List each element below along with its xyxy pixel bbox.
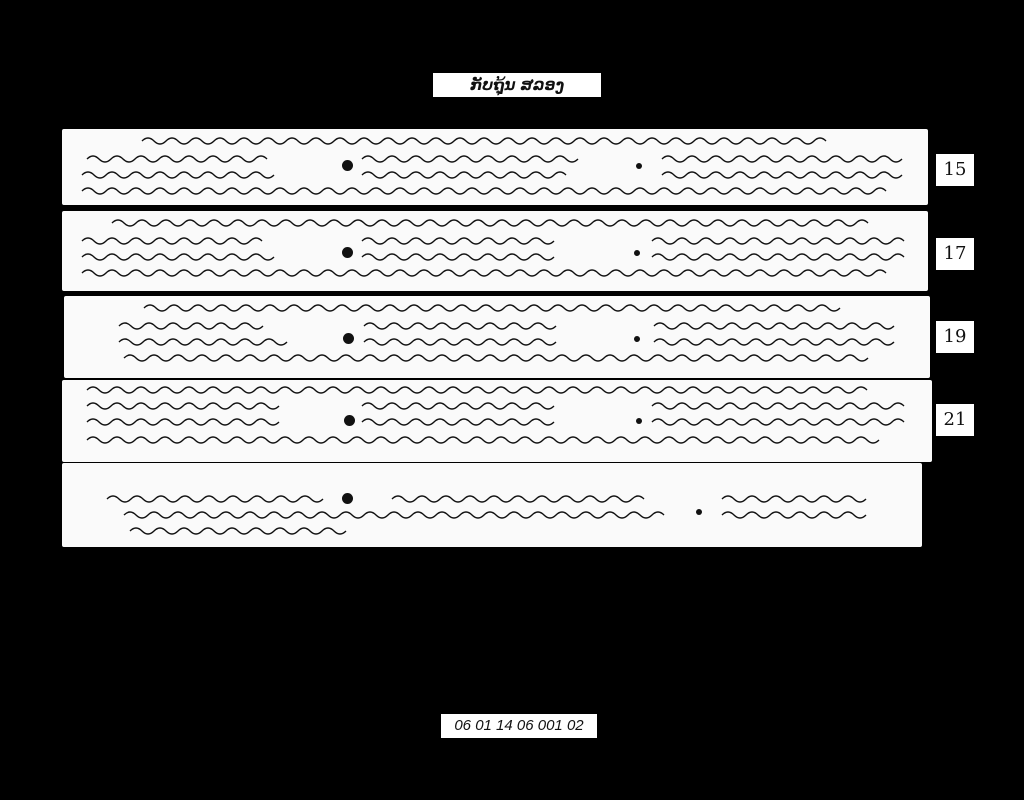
palm-leaf-3 [64, 296, 930, 378]
palm-leaf-1 [62, 129, 928, 205]
archive-code-label: 06 01 14 06 001 02 [441, 714, 597, 738]
folio-number-2: 17 [936, 238, 974, 270]
string-hole-left [343, 333, 354, 344]
string-hole-right [636, 418, 642, 424]
handwritten-text [64, 296, 930, 378]
string-hole-left [344, 415, 355, 426]
string-hole-right [634, 250, 640, 256]
string-hole-left [342, 160, 353, 171]
palm-leaf-2 [62, 211, 928, 291]
string-hole-right [636, 163, 642, 169]
string-hole-left [342, 493, 353, 504]
folio-number-1: 15 [936, 154, 974, 186]
string-hole-right [634, 336, 640, 342]
handwritten-text [62, 380, 932, 462]
string-hole-right [696, 509, 702, 515]
folio-number-4: 21 [936, 404, 974, 436]
handwritten-text [62, 129, 928, 205]
manuscript-title-label: ກັບຖຸ້ນ ສລອງ [433, 73, 601, 97]
string-hole-left [342, 247, 353, 258]
palm-leaf-5 [62, 463, 922, 547]
handwritten-text [62, 463, 922, 547]
handwritten-text [62, 211, 928, 291]
palm-leaf-4 [62, 380, 932, 462]
folio-number-3: 19 [936, 321, 974, 353]
